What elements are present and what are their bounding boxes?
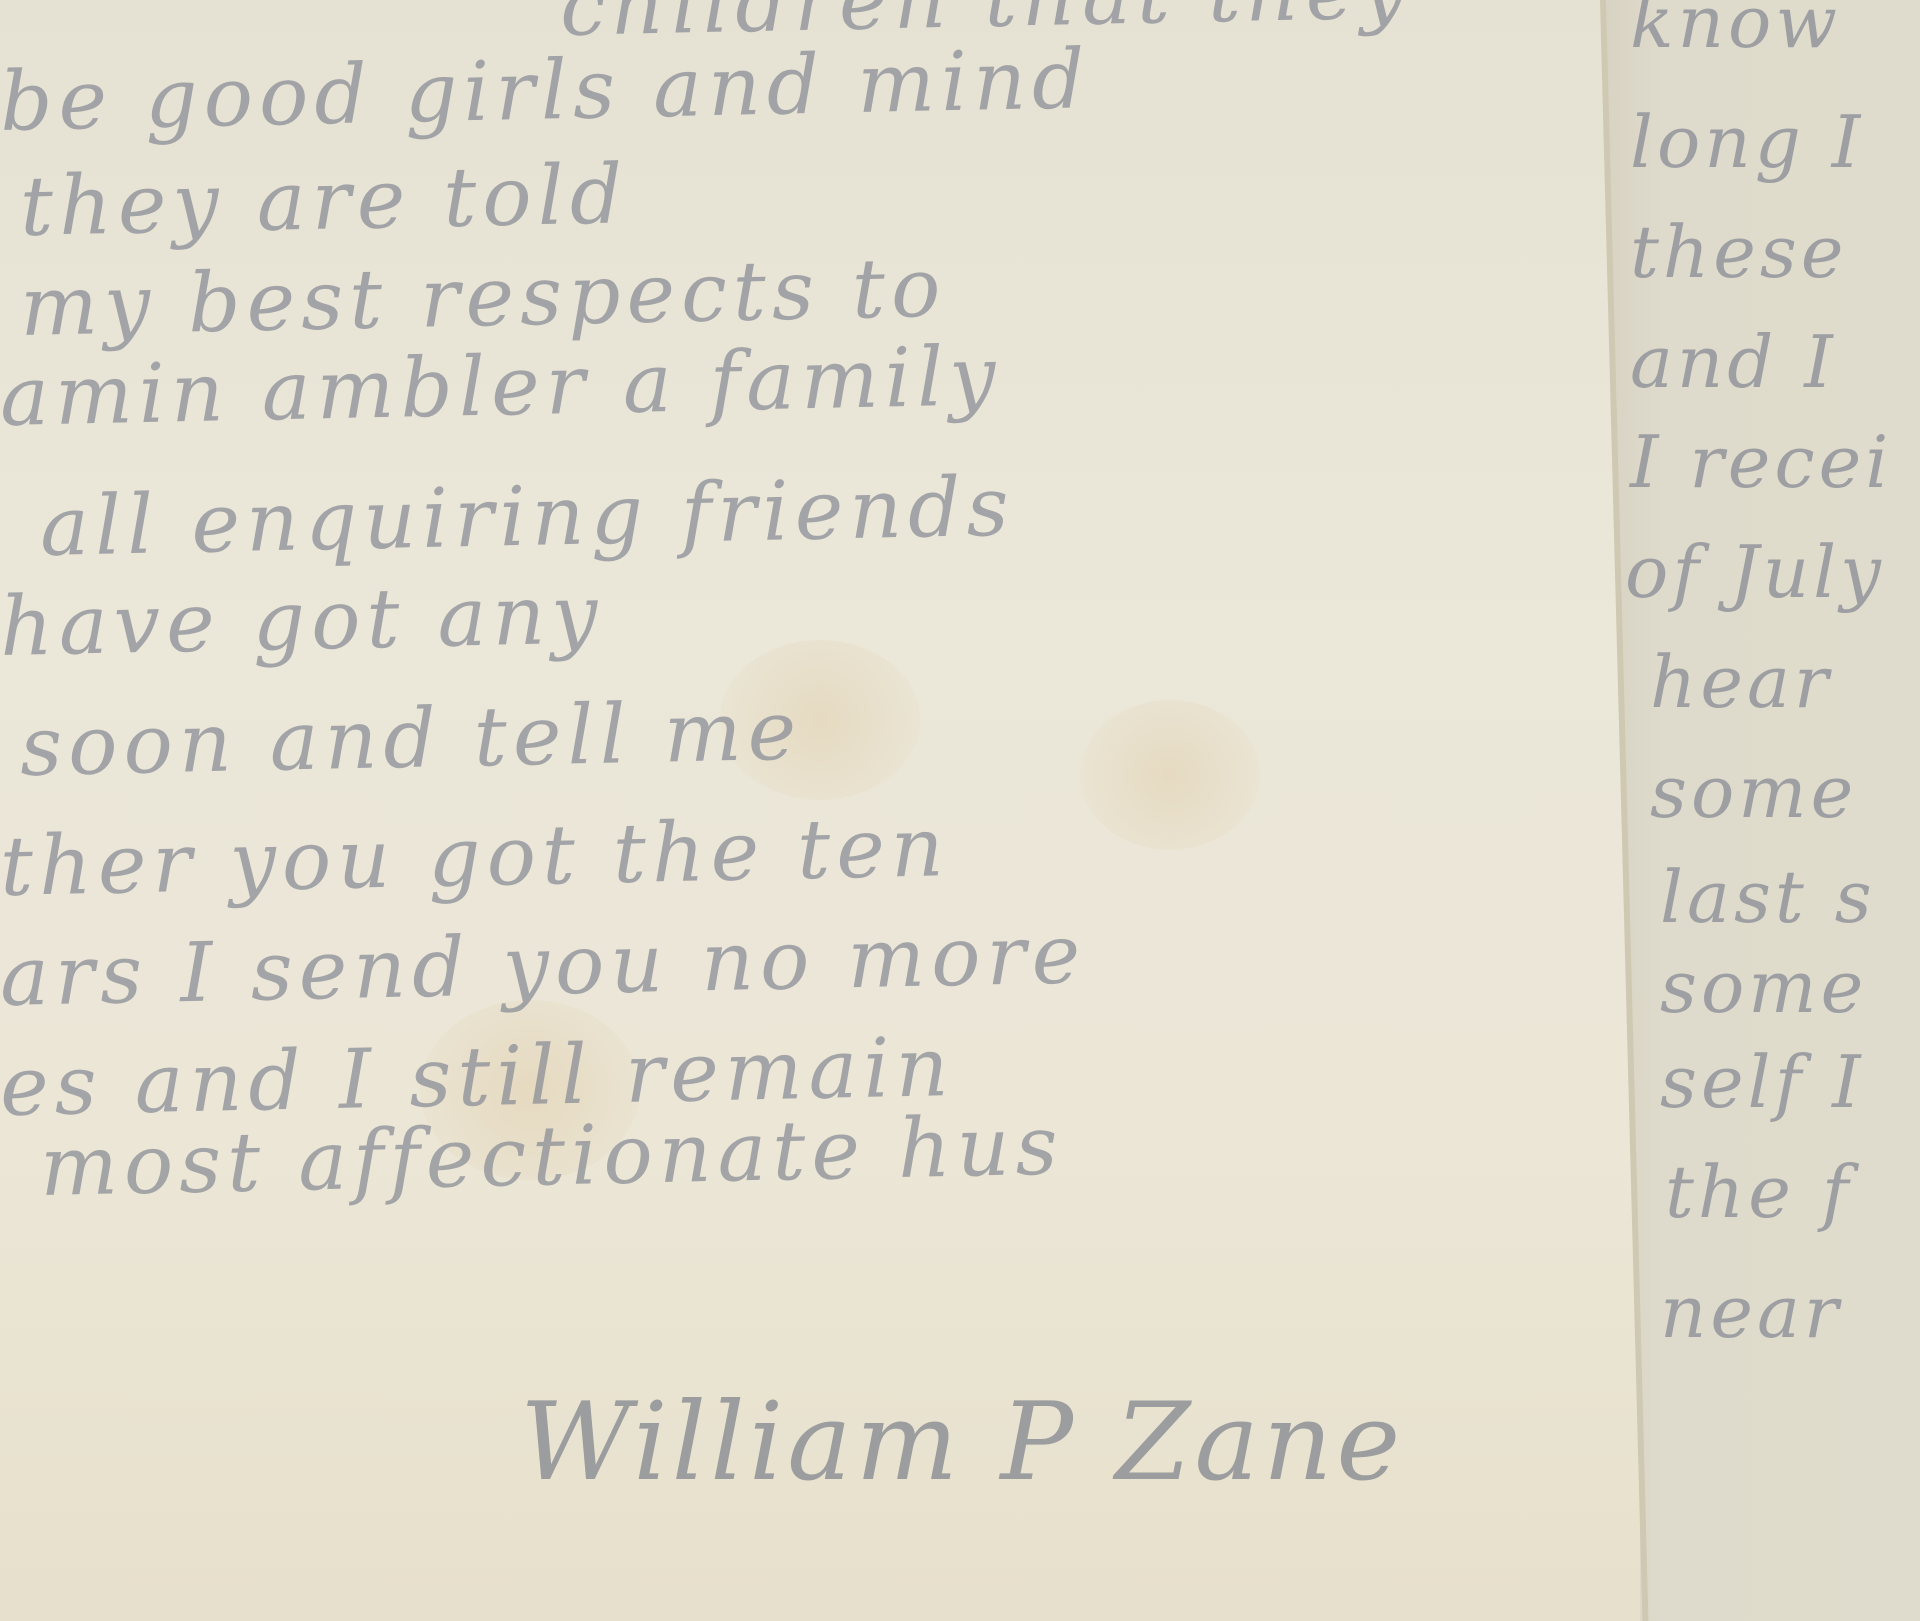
letter-line-right: the f [1665, 1150, 1852, 1234]
letter-line-right: know [1630, 0, 1841, 64]
letter-line: ther you got the ten [0, 800, 950, 915]
letter-line-right: these [1630, 210, 1847, 294]
letter-line-right: self I [1660, 1040, 1865, 1124]
paper-stain [1080, 700, 1260, 850]
letter-line-right: near [1660, 1270, 1842, 1354]
letter-line-right: some [1660, 945, 1867, 1029]
letter-line-right: long I [1630, 100, 1864, 184]
letter-line-right: and I [1630, 320, 1837, 404]
letter-line-right: some [1650, 750, 1857, 834]
letter-line-right: of July [1625, 530, 1885, 614]
letter-line: soon and tell me [19, 684, 803, 795]
letter-line-right: last s [1660, 855, 1876, 939]
letter-line-right: hear [1650, 640, 1832, 724]
letter-line-right: I recei [1630, 420, 1892, 504]
letter-line: have got any [0, 567, 604, 675]
signature: William P Zane [520, 1380, 1404, 1505]
letter-line: they are told [19, 147, 629, 255]
